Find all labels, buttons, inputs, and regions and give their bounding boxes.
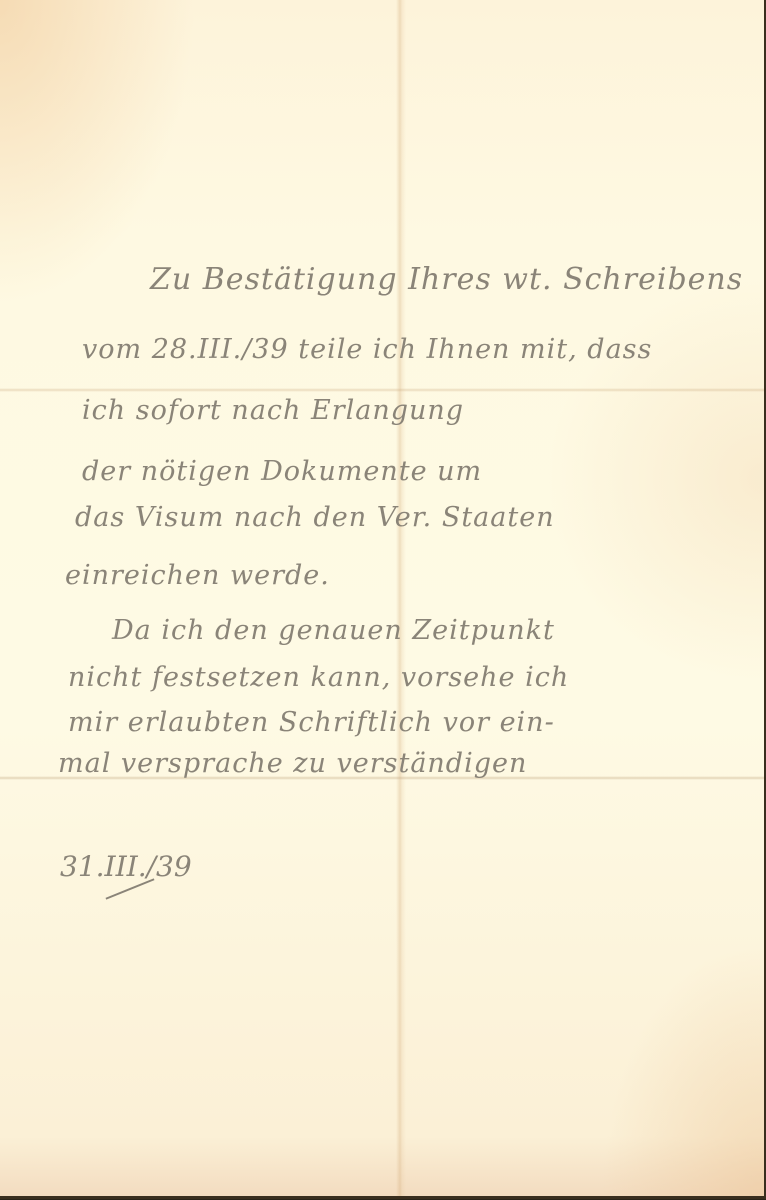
letter-line-8: nicht festsetzen kann, vorsehe ich bbox=[68, 662, 569, 693]
letter-line-9: mir erlaubten Schriftlich vor ein- bbox=[68, 707, 555, 738]
letter-line-10: mal versprache zu verständigen bbox=[58, 748, 527, 779]
letter-line-3: ich sofort nach Erlangung bbox=[82, 395, 464, 426]
horizontal-fold-crease-upper bbox=[0, 388, 764, 392]
letter-line-5: das Visum nach den Ver. Staaten bbox=[75, 502, 555, 533]
letter-line-6: einreichen werde. bbox=[65, 560, 330, 591]
letter-line-4: der nötigen Dokumente um bbox=[82, 456, 482, 487]
letter-date: 31.III./39 bbox=[60, 850, 192, 883]
letter-page: Zu Bestätigung Ihres wt. Schreibens vom … bbox=[0, 0, 766, 1199]
letter-line-7: Da ich den genauen Zeitpunkt bbox=[112, 615, 555, 646]
vertical-fold-crease bbox=[396, 0, 406, 1196]
letter-line-1: Zu Bestätigung Ihres wt. Schreibens bbox=[150, 262, 743, 297]
letter-line-2: vom 28.III./39 teile ich Ihnen mit, dass bbox=[82, 334, 652, 365]
